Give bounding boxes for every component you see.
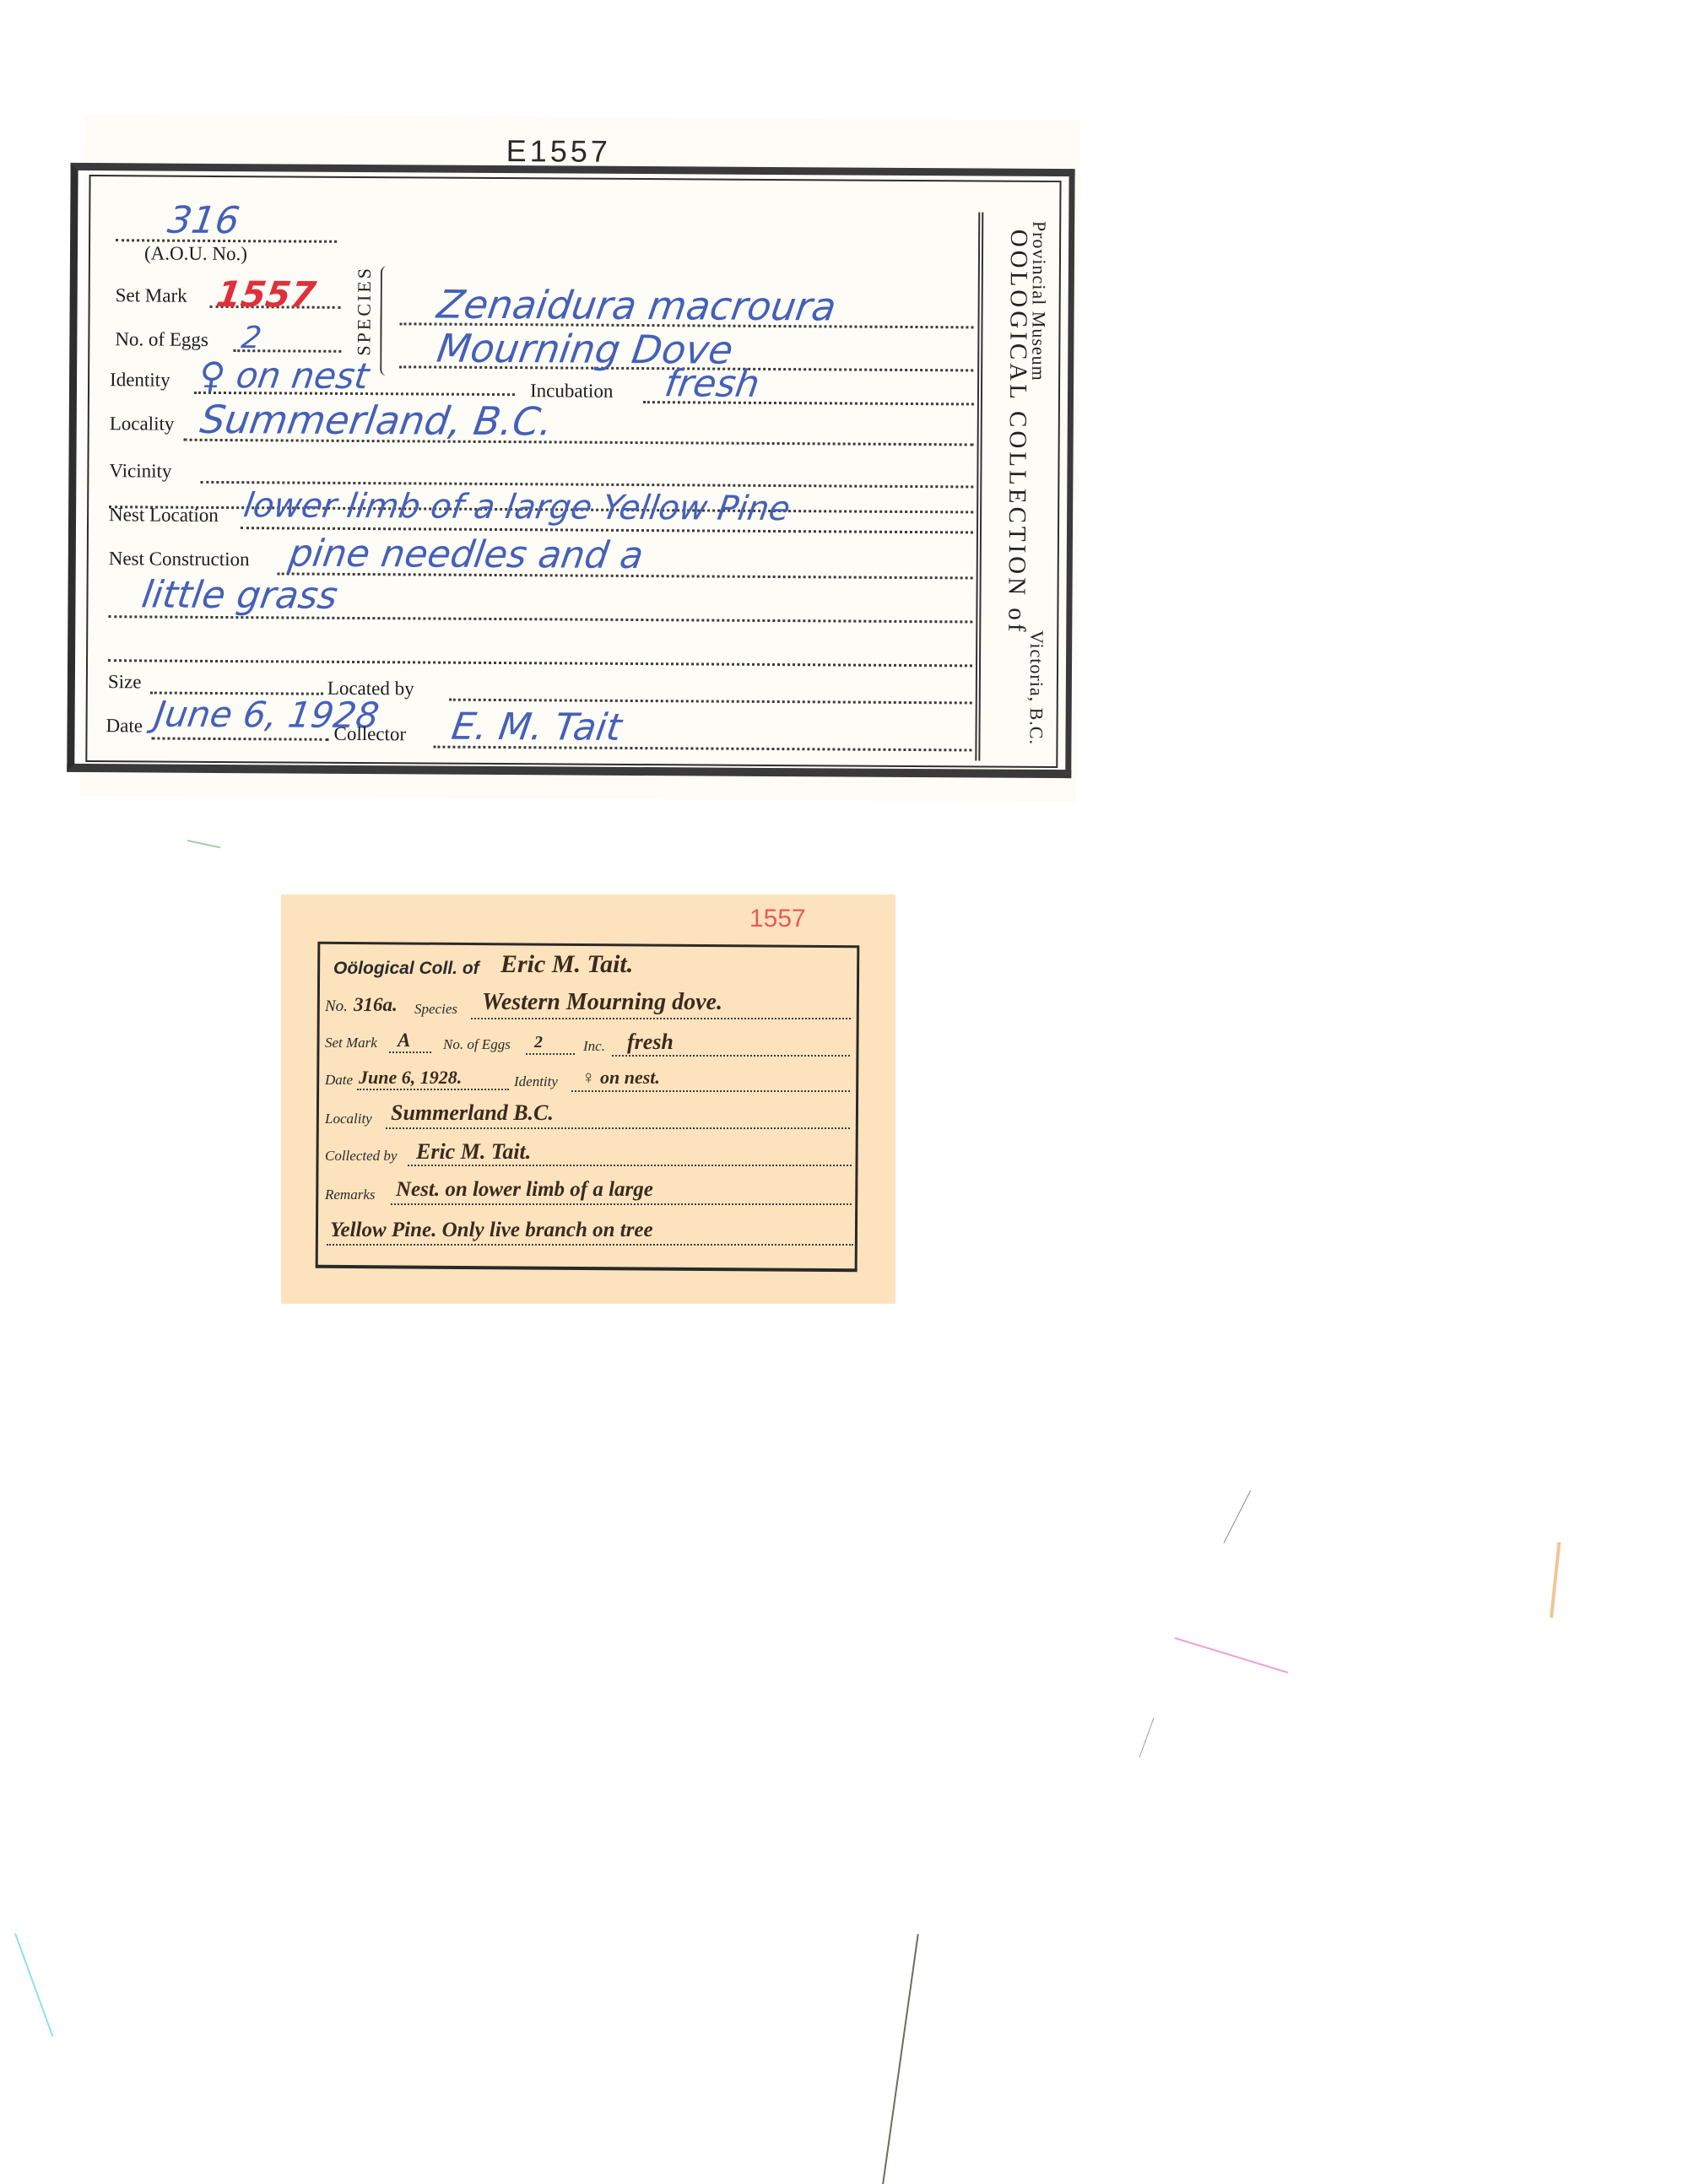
collector-specimen-card: 1557 Oölogical Coll. of Eric M. Tait. No…	[281, 895, 895, 1304]
date-label: Date	[325, 1072, 353, 1089]
size-label: Size	[108, 671, 142, 693]
locality-value: Summerland B.C.	[391, 1100, 554, 1126]
set-mark-label: Set Mark	[116, 284, 187, 307]
set-mark-value: 1557	[214, 273, 318, 316]
date-value: June 6, 1928.	[359, 1067, 462, 1089]
nest-construction-label: Nest Construction	[109, 548, 250, 570]
identity-value: ♀ on nest	[197, 354, 372, 397]
remarks-line-2	[327, 1244, 853, 1246]
no-of-eggs-label: No. of Eggs	[443, 1036, 511, 1053]
collector-label: Collector	[333, 723, 406, 746]
museum-name: Provincial Museum	[1027, 221, 1050, 381]
catalog-number: E1557	[506, 133, 611, 170]
stray-mark-gray-1	[1224, 1490, 1252, 1543]
locality-dotted-line	[386, 1127, 850, 1129]
museum-city: Victoria, B.C.	[1025, 630, 1047, 745]
aou-no-label: (A.O.U. No.)	[144, 242, 247, 265]
set-mark-value: A	[398, 1030, 410, 1051]
identity-dotted-line	[571, 1090, 850, 1092]
aou-no-value: 316	[165, 199, 241, 242]
no-label: No.	[325, 997, 348, 1016]
set-mark-label: Set Mark	[325, 1035, 377, 1051]
inc-value: fresh	[627, 1030, 674, 1055]
date-label: Date	[105, 715, 143, 737]
catalog-number-stamp: 1557	[749, 905, 806, 933]
nest-location-label: Nest Location	[109, 504, 219, 527]
set-mark-dotted-line	[389, 1051, 431, 1053]
identity-label: Identity	[110, 369, 170, 391]
stray-mark-pink	[1175, 1637, 1288, 1673]
collected-by-label: Collected by	[325, 1148, 397, 1165]
stray-mark-orange	[1550, 1542, 1561, 1618]
no-of-eggs-value: 2	[534, 1033, 543, 1052]
remarks-value-line-2: Yellow Pine. Only live branch on tree	[330, 1219, 653, 1242]
side-title-block: OOLOGICAL COLLECTION of Provincial Museu…	[987, 221, 1057, 761]
locality-label: Locality	[110, 413, 175, 435]
collected-by-dotted-line	[408, 1165, 852, 1166]
species-label: Species	[414, 1001, 457, 1018]
identity-value: ♀ on nest.	[582, 1067, 660, 1089]
species-brace	[380, 266, 391, 376]
locality-label: Locality	[325, 1111, 372, 1127]
stray-mark-diagonal	[882, 1934, 919, 2184]
species-dotted-line	[471, 1018, 851, 1019]
no-of-eggs-label: No. of Eggs	[115, 328, 208, 351]
remarks-value: Nest. on lower limb of a large	[396, 1178, 653, 1202]
nest-construction-value: pine needles and a	[286, 532, 646, 578]
stray-mark-gray-2	[1139, 1717, 1155, 1757]
species-scientific-value: Zenaidura macroura	[435, 282, 840, 330]
remarks-dotted-line	[391, 1203, 852, 1205]
inc-dotted-line	[612, 1055, 850, 1057]
incubation-value: fresh	[662, 362, 762, 406]
collection-title: Oölogical Coll. of	[333, 959, 479, 979]
collection-owner: Eric M. Tait.	[500, 950, 633, 979]
museum-specimen-card: E1557 OOLOGICAL COLLECTION of Provincial…	[80, 114, 1080, 802]
no-value: 316a.	[354, 994, 398, 1016]
no-of-eggs-dotted-line	[526, 1053, 575, 1055]
inc-label: Inc.	[583, 1038, 605, 1055]
nest-location-value: lower limb of a large Yellow Pine	[241, 486, 793, 528]
stray-mark-cyan	[14, 1933, 53, 2037]
stray-mark-green	[187, 840, 221, 848]
nest-construction-value-line-2: little grass	[139, 573, 341, 617]
collected-by-value: Eric M. Tait.	[416, 1139, 531, 1165]
species-label: SPECIES	[353, 266, 376, 356]
identity-label: Identity	[514, 1073, 558, 1090]
collector-value: E. M. Tait	[449, 705, 625, 749]
remarks-label: Remarks	[325, 1187, 375, 1203]
vicinity-label: Vicinity	[109, 460, 171, 482]
locality-value: Summerland, B.C.	[197, 397, 556, 444]
species-value: Western Mourning dove.	[482, 989, 722, 1016]
date-dotted-line	[357, 1089, 509, 1090]
